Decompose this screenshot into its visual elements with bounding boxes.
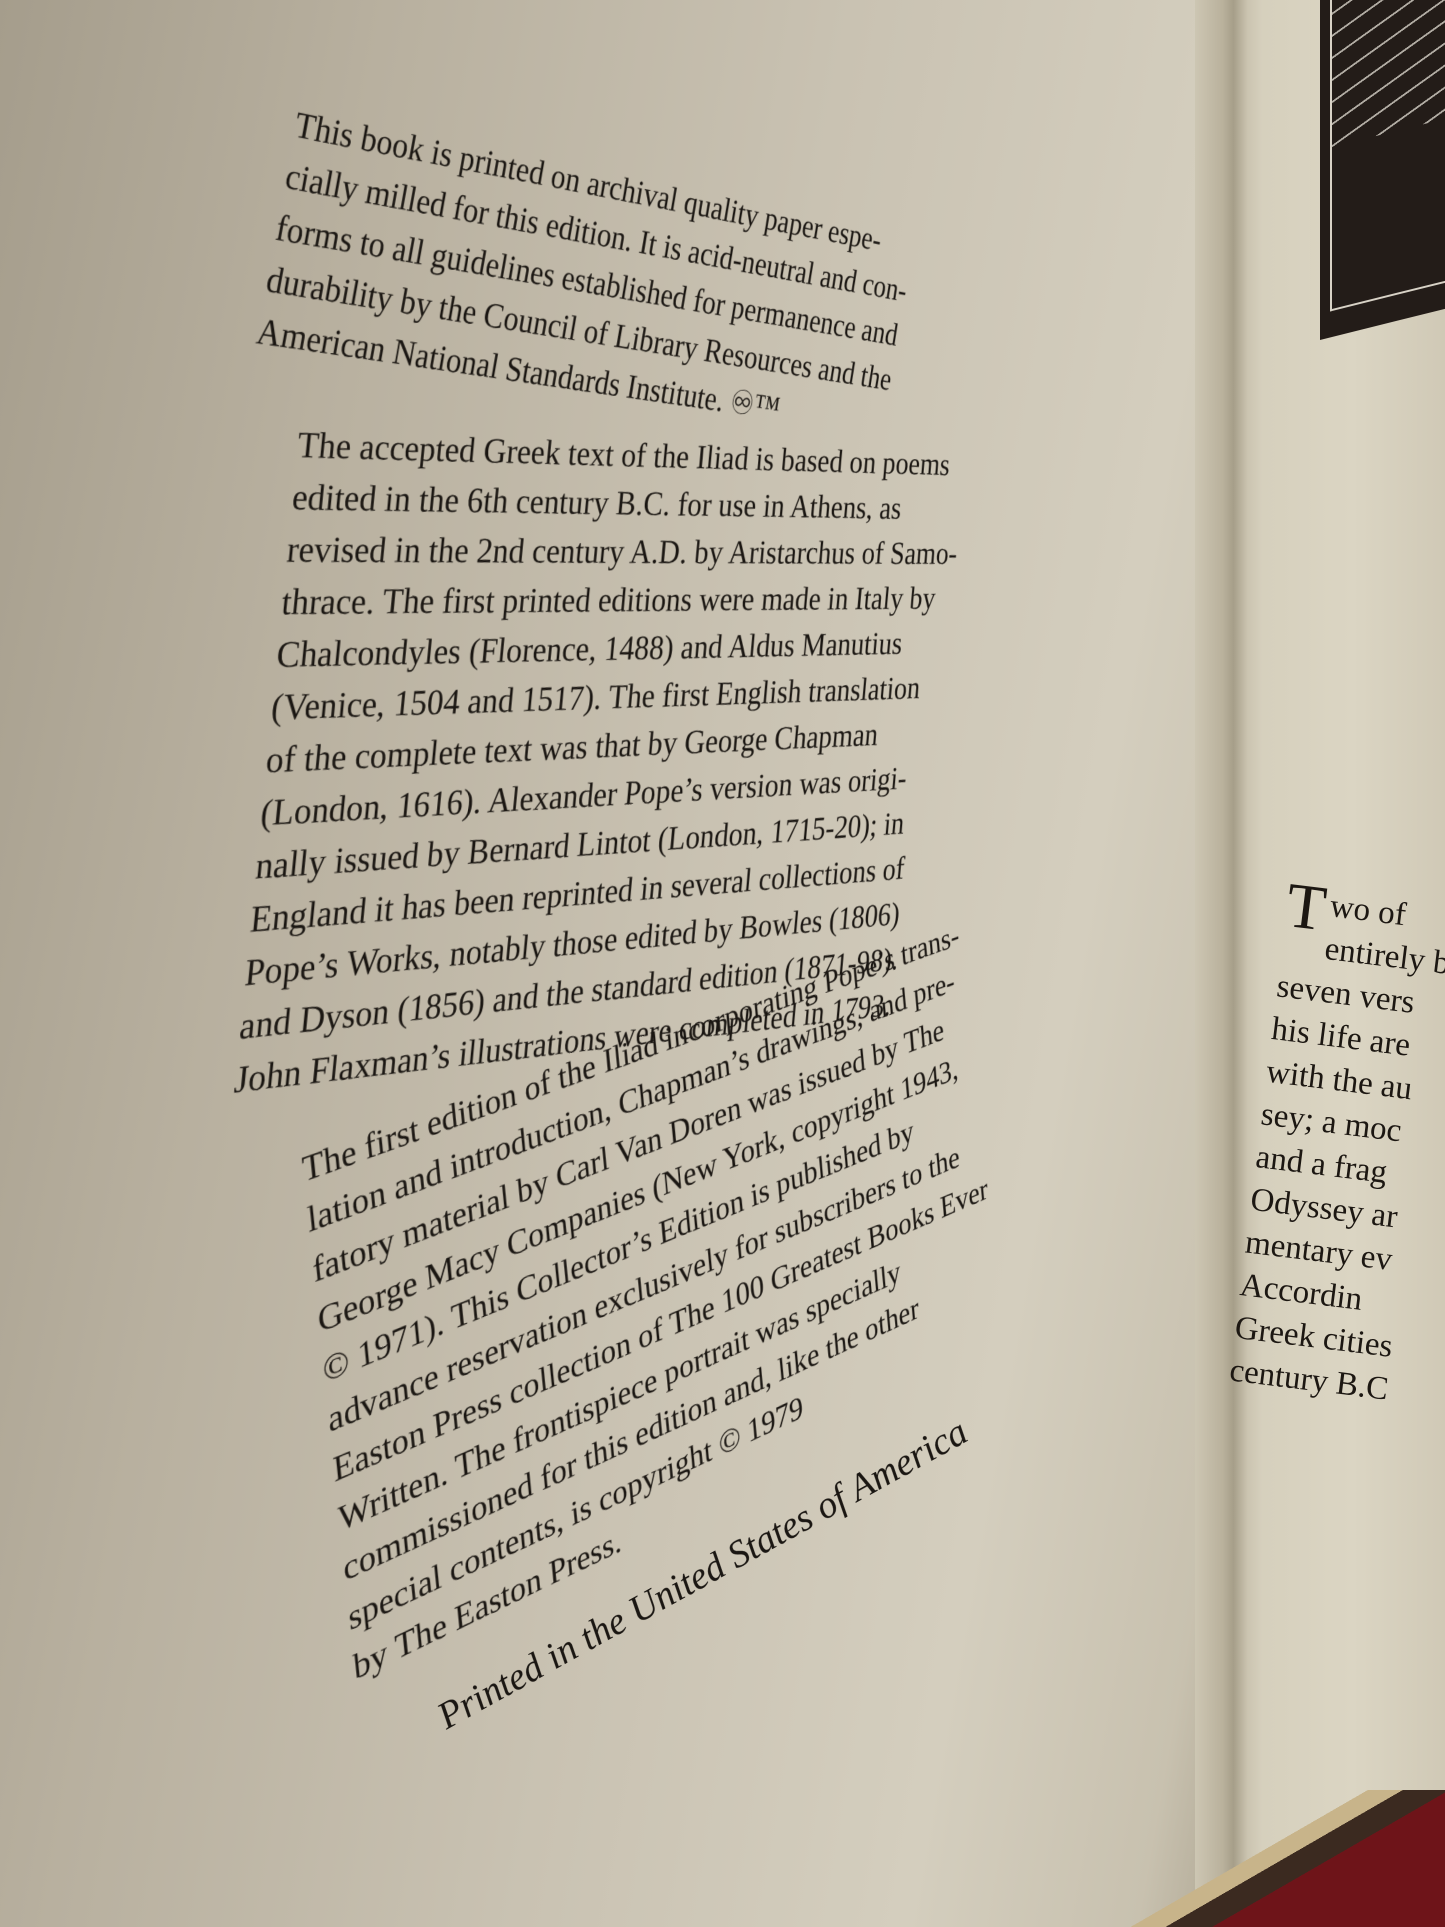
text-line: thrace. The first printed editions were … — [279, 577, 918, 630]
book-cover-corner — [1100, 1790, 1445, 1927]
text-line: revised in the 2nd century A.D. by Arist… — [284, 524, 922, 576]
paper-notice-paragraph: This book is printed on archival quality… — [252, 100, 896, 445]
woodcut-plate-image — [1320, 0, 1445, 340]
book-gutter — [1195, 0, 1265, 1927]
drop-cap: T — [1284, 880, 1329, 934]
plate-border — [1330, 0, 1445, 312]
